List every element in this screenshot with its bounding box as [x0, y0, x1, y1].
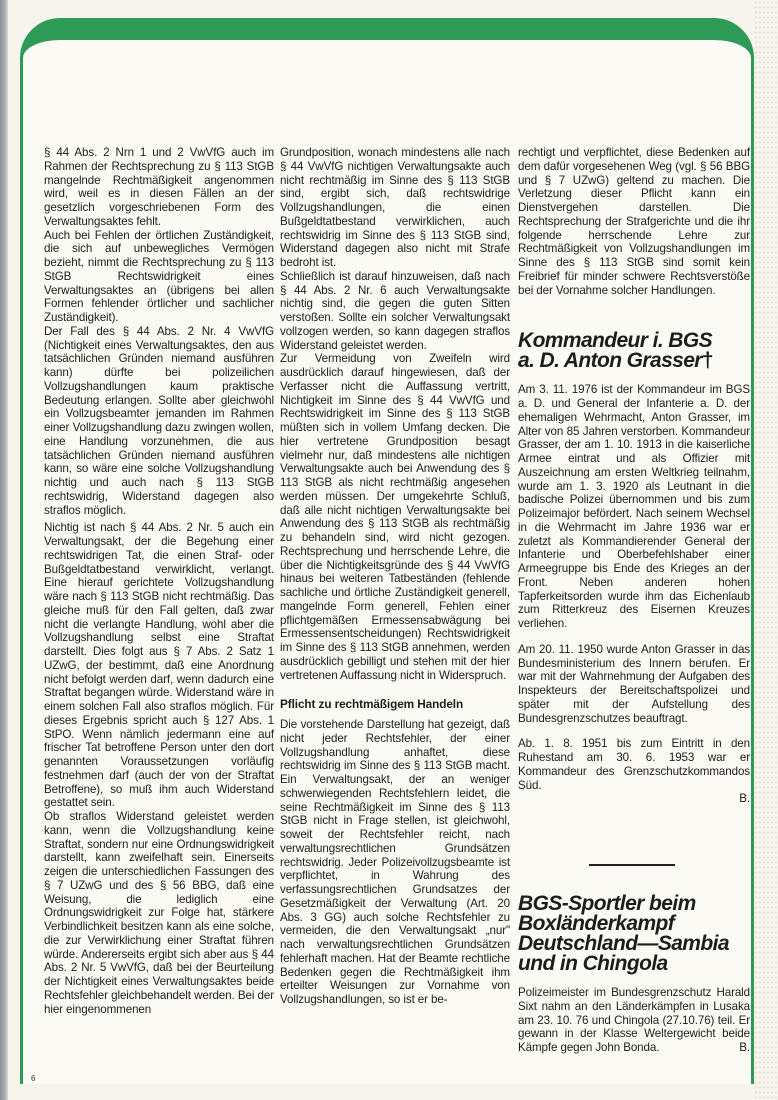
paragraph: Grundposition, wonach mindestens alle na… — [280, 146, 510, 270]
paragraph: Nichtig ist nach § 44 Abs. 2 Nr. 5 auch … — [44, 521, 274, 810]
headline-line: und in Chingola — [518, 954, 750, 974]
paragraph: Am 20. 11. 1950 wurde Anton Grasser in d… — [518, 643, 750, 726]
headline-line: Boxländerkampf — [518, 914, 750, 934]
paragraph: Am 3. 11. 1976 ist der Kommandeur im BGS… — [518, 383, 750, 631]
sports-headline: BGS-Sportler beim Boxländerkampf Deutsch… — [518, 894, 750, 974]
column-2: Grundposition, wonach mindestens alle na… — [280, 146, 510, 1007]
paragraph: rechtigt und verpflichtet, diese Bedenke… — [518, 146, 750, 297]
headline-line: Kommandeur i. BGS — [518, 331, 750, 351]
column-3: rechtigt und verpflichtet, diese Bedenke… — [518, 146, 750, 1055]
headline-line: a. D. Anton Grasser — [518, 349, 702, 372]
paragraph: Ob straflos Widerstand geleistet werden … — [44, 810, 274, 1016]
paragraph: Zur Vermeidung von Zweifeln wird ausdrüc… — [280, 352, 510, 682]
dagger-icon: † — [702, 349, 713, 372]
obituary-headline: Kommandeur i. BGS a. D. Anton Grasser† — [518, 331, 750, 371]
paragraph: Schließlich ist darauf hinzuweisen, daß … — [280, 270, 510, 353]
paragraph: Die vorstehende Darstellung hat gezeigt,… — [280, 718, 510, 1007]
signature: B. — [739, 1041, 750, 1055]
column-1: § 44 Abs. 2 Nrn 1 und 2 VwVfG auch im Ra… — [44, 146, 274, 1016]
signature: B. — [518, 792, 750, 806]
paragraph: Auch bei Fehlen der örtlichen Zuständigk… — [44, 229, 274, 325]
headline-line: BGS-Sportler beim — [518, 894, 750, 914]
headline-line: Deutschland—Sambia — [518, 934, 750, 954]
article-body: Polizeimeister im Bundesgrenzschutz Hara… — [518, 986, 750, 1054]
scan-right-margin — [754, 0, 778, 1100]
section-divider — [589, 864, 675, 866]
paragraph: Der Fall des § 44 Abs. 2 Nr. 4 VwVfG (Ni… — [44, 325, 274, 518]
scan-left-edge — [0, 0, 8, 1100]
paragraph: Ab. 1. 8. 1951 bis zum Eintritt in den R… — [518, 737, 750, 792]
page-number: 6 — [31, 1074, 35, 1083]
paragraph: Polizeimeister im Bundesgrenzschutz Hara… — [518, 986, 750, 1055]
paragraph: § 44 Abs. 2 Nrn 1 und 2 VwVfG auch im Ra… — [44, 146, 274, 229]
section-subheading: Pflicht zu rechtmäßigem Handeln — [280, 698, 510, 712]
